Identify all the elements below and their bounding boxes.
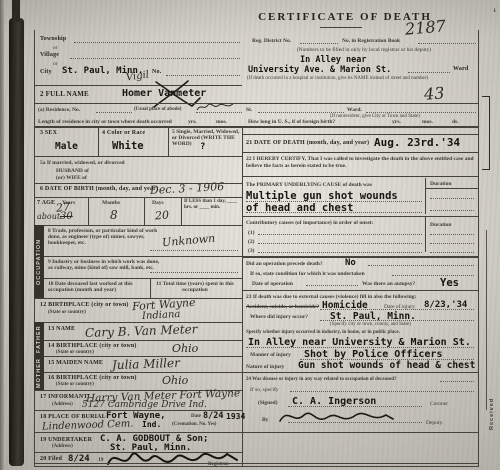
birthplace-sub-label: (State or country) xyxy=(48,310,86,316)
signed-label: (Signed) xyxy=(258,400,278,406)
or-label-2: or xyxy=(53,61,58,67)
burial-date-value: 8/24 xyxy=(203,411,223,421)
informant-address-value: 5127 Cambridge Drive Ind. xyxy=(82,400,207,410)
birthplace-label: 12 BIRTHPLACE (city or town) xyxy=(40,302,129,308)
burial-state-value: Ind. xyxy=(142,420,161,429)
village-label: Village xyxy=(40,52,59,58)
scan-left-edge xyxy=(0,0,4,470)
ds-label: ds. xyxy=(452,119,459,125)
age-months-label: Months xyxy=(102,200,120,206)
op-date-label: Date of operation xyxy=(252,281,293,287)
manner-label: Manner of injury xyxy=(250,352,291,358)
ward-label: Ward xyxy=(453,66,468,72)
ward2-label: Ward. xyxy=(347,107,362,113)
page-corner-mark: 1 xyxy=(493,8,496,14)
fullname-label: 2 FULL NAME xyxy=(40,90,89,98)
public-label: Specify whether injury occurred in indus… xyxy=(246,330,400,336)
age-days-value: 20 xyxy=(155,209,170,223)
autopsy-value: Yes xyxy=(440,277,459,289)
father-name-label: 13 NAME xyxy=(48,326,75,332)
coroner-label: Coroner xyxy=(430,401,448,407)
age-years-value: 27 xyxy=(55,200,70,214)
contributory-3-label: (3) xyxy=(248,248,254,254)
condition-label: If so, state condition for which it was … xyxy=(250,271,365,277)
or-label-1: or xyxy=(53,45,58,51)
mother-side-label: MOTHER xyxy=(36,358,42,388)
trade-value: Unknown xyxy=(162,232,216,250)
informant-address-label: (Address) xyxy=(52,402,73,408)
father-bp-label: 14 BIRTHPLACE (city or town) xyxy=(48,343,137,349)
reg-book-label: No. in Registration Book xyxy=(342,38,400,44)
us-length-label: How long in U. S., if of foreign birth? xyxy=(248,119,335,125)
undertaker-label: 19 UNDERTAKER xyxy=(40,437,92,443)
age-label: 7 AGE xyxy=(37,200,55,206)
reg-district-label: Reg. District No. xyxy=(252,38,291,44)
certify-text: 22 I HEREBY CERTIFY, That I was called t… xyxy=(246,156,474,170)
primary-cause-label: The PRIMARY UNDERLYING CAUSE of death wa… xyxy=(246,182,372,188)
burial-cemetery-value: Lindenwood Cem. xyxy=(42,418,134,432)
sex-value: Male xyxy=(55,141,78,152)
undertaker-address-label: (Address) xyxy=(52,444,73,450)
informant-label: 17 INFORMANT xyxy=(40,394,88,400)
mother-name-value: Julia Miller xyxy=(112,356,180,372)
name-scribble: Vigil xyxy=(125,69,149,83)
occupation-side-label: OCCUPATION xyxy=(36,231,42,293)
cremation-note: (Cremation. No. Yes) xyxy=(172,422,216,428)
age-months-value: 8 xyxy=(110,208,118,222)
binding-strip-top xyxy=(12,0,20,22)
mos2-label: mos. xyxy=(422,119,433,125)
mother-name-label: 15 MAIDEN NAME xyxy=(48,360,103,366)
father-name-value: Cary B. Van Meter xyxy=(85,322,198,340)
age-days-label: Days xyxy=(152,200,164,206)
duration2-label: Duration xyxy=(430,222,451,228)
burial-date-label: Date xyxy=(191,414,201,420)
specify-label: If so, specify xyxy=(250,387,279,393)
father-side-strip: FATHER xyxy=(34,322,44,356)
contributory-label: Contributory causes (of importance) in o… xyxy=(246,220,373,226)
filed-label: 20 Filed xyxy=(40,456,62,462)
operation-label: Did an operation precede death? xyxy=(246,261,323,267)
st-label: St. xyxy=(246,107,252,113)
birthplace-state-value: Indiana xyxy=(142,309,181,322)
father-bp-value: Ohio xyxy=(172,342,198,355)
mother-bp-value: Ohio xyxy=(162,374,188,387)
deputy-signature xyxy=(276,405,396,429)
last-worked-label: 10 Date deceased last worked at this occ… xyxy=(48,281,144,293)
mos-label: mos. xyxy=(216,119,227,125)
dod-value: Aug. 23rd.'34 xyxy=(374,136,460,149)
location-line2: University Ave. & Marion St. xyxy=(248,65,391,75)
by-label: By xyxy=(262,417,268,423)
hospital-note: (If death occurred in a hospital or inst… xyxy=(247,76,477,82)
operation-value: No xyxy=(345,258,356,268)
external-kind-label: Accident, suicide, or homicide? xyxy=(246,304,319,310)
yrs-label: yrs. xyxy=(188,119,197,125)
township-label: Township xyxy=(40,36,66,42)
yrs2-label: yrs. xyxy=(392,119,401,125)
house-number-value: 43 xyxy=(423,83,445,103)
deputy-label: Deputy. xyxy=(426,420,443,426)
marital-label: 5 Single, Married, Widowed, or Divorced … xyxy=(172,129,240,147)
autopsy-label: Was there an autopsy? xyxy=(362,281,415,287)
father-side-label: FATHER xyxy=(36,324,42,354)
received-label: Received xyxy=(489,388,495,440)
spouse-label: 5a If married, widowed, or divorced xyxy=(40,160,125,166)
race-value: White xyxy=(112,140,144,152)
death-certificate-scan: CERTIFICATE OF DEATH 2187 1 Reg. Distric… xyxy=(0,0,500,470)
contributory-1-label: (1) xyxy=(248,230,254,236)
binding-strip xyxy=(9,18,24,466)
where-label: Where did injury occur? xyxy=(250,314,308,320)
nature-value: Gun shot wounds of head & chest xyxy=(298,360,475,371)
total-time-label: 11 Total time (years) spent in this occu… xyxy=(155,281,235,293)
dob-label: 6 DATE OF BIRTH (month, day, and year) xyxy=(40,186,158,192)
burial-year-value: 1934 xyxy=(226,412,245,421)
industry-label: 9 Industry or business in which work was… xyxy=(48,259,160,271)
occupation-side-strip: OCCUPATION xyxy=(34,225,44,298)
mother-bp-label: 16 BIRTHPLACE (city or town) xyxy=(48,375,137,381)
related-label: 24 Was disease or injury in any way rela… xyxy=(246,377,397,383)
contributory-2-label: (2) xyxy=(248,239,254,245)
marital-value: ? xyxy=(200,142,205,152)
sex-label: 3 SEX xyxy=(40,130,57,136)
residence-length-label: Length of residence in city or town wher… xyxy=(38,119,172,125)
mother-side-strip: MOTHER xyxy=(34,356,44,390)
race-label: 4 Color or Race xyxy=(102,130,145,136)
dod-label: 21 DATE OF DEATH (month, day, and year) xyxy=(246,140,369,146)
husband-label: HUSBAND of xyxy=(56,168,89,174)
certificate-number: 2187 xyxy=(404,16,446,38)
trade-label: 8 Trade, profession, or particular kind … xyxy=(48,228,160,246)
dob-value: Dec. 3 - 1906 xyxy=(150,180,225,197)
nonresident-note: (If nonresident, give City or Town and S… xyxy=(330,114,420,120)
registrar-note: (Numbers to be filled in only by local r… xyxy=(250,47,478,53)
location-line1: In Alley near xyxy=(300,55,367,65)
duration-label: Duration xyxy=(430,181,451,187)
nature-label: Nature of injury xyxy=(246,364,284,370)
city-label: City xyxy=(40,69,52,75)
house-no-label: No. xyxy=(152,69,161,75)
where-note: (Specify city or town, county, and State… xyxy=(330,322,411,328)
residence-label: (a) Residence, No. xyxy=(38,107,80,113)
age-less-note: If LESS than 1 day, ____ hrs. or ____ mi… xyxy=(184,199,240,211)
illegible-scribble xyxy=(196,101,234,113)
wife-label: (or) WIFE of xyxy=(56,175,87,181)
abode-note: (Usual place of abode) xyxy=(134,107,181,113)
mother-bp-sub-label: (State or country) xyxy=(56,382,94,388)
